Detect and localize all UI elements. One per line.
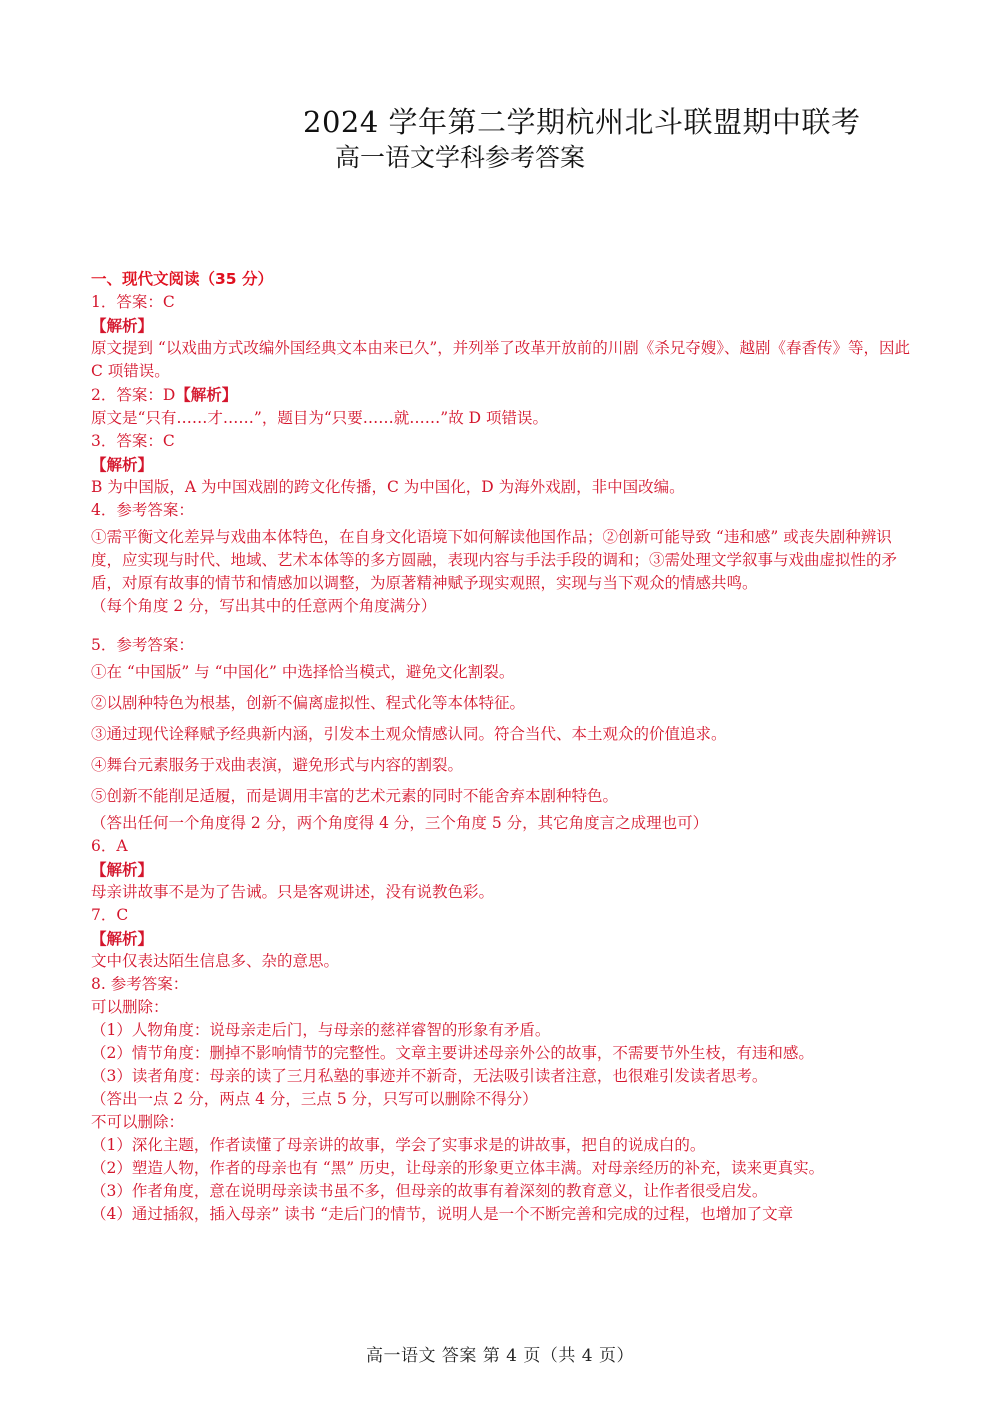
q3-answer: 3．答案：C [91,430,911,453]
section-heading: 一、现代文阅读（35 分） [91,268,911,291]
q8-can-delete-2: （2）情节角度：删掉不影响情节的完整性。文章主要讲述母亲外公的故事，不需要节外生… [91,1042,911,1065]
q7-analysis: 文中仅表达陌生信息多、杂的意思。 [91,950,911,973]
q6-analysis: 母亲讲故事不是为了告诫。只是客观讲述，没有说教色彩。 [91,881,911,904]
q7-analysis-tag: 【解析】 [91,927,911,950]
q2-answer-row: 2．答案：D【解析】 [91,383,911,407]
q8-can-delete-3: （3）读者角度：母亲的读了三月私塾的事迹并不新奇，无法吸引读者注意，也很难引发读… [91,1065,911,1088]
q5-note: （答出任何一个角度得 2 分，两个角度得 4 分，三个角度 5 分，其它角度言之… [91,812,911,835]
q8-cannot-delete-3: （3）作者角度，意在说明母亲读书虽不多，但母亲的故事有着深刻的教育意义，让作者很… [91,1180,911,1203]
q8-cannot-delete-4: （4）通过插叙，插入母亲” 读书 “走后门的情节，说明人是一个不断完善和完成的过… [91,1203,911,1226]
page-footer: 高一语文 答案 第 4 页（共 4 页） [0,1341,1000,1366]
q6-answer: 6．A [91,835,911,858]
document-subtitle: 高一语文学科参考答案 [335,138,585,174]
q4-note: （每个角度 2 分，写出其中的任意两个角度满分） [91,595,911,618]
q5-point-5: ⑤创新不能削足适履，而是调用丰富的艺术元素的同时不能舍弃本剧种特色。 [91,781,911,812]
q8-can-delete-note: （答出一点 2 分，两点 4 分，三点 5 分，只写可以删除不得分） [91,1088,911,1111]
q1-analysis: 原文提到 “以戏曲方式改编外国经典文本由来已久”，并列举了改革开放前的川剧《杀兄… [91,337,911,383]
q1-answer: 1．答案：C [91,291,911,314]
document-title: 2024 学年第二学期杭州北斗联盟期中联考 [303,100,861,141]
q4-answer: 4．参考答案： [91,499,911,522]
q5-answer: 5．参考答案： [91,634,911,657]
q8-can-delete-1: （1）人物角度：说母亲走后门，与母亲的慈祥睿智的形象有矛盾。 [91,1019,911,1042]
q5-point-2: ②以剧种特色为根基，创新不偏离虚拟性、程式化等本体特征。 [91,688,911,719]
q3-analysis-tag: 【解析】 [91,453,911,476]
q8-cannot-delete-1: （1）深化主题，作者读懂了母亲讲的故事，学会了实事求是的讲故事，把自的说成白的。 [91,1134,911,1157]
q8-cannot-delete-2: （2）塑造人物，作者的母亲也有 “黑” 历史，让母亲的形象更立体丰满。对母亲经历… [91,1157,911,1180]
q8-cannot-delete-label: 不可以删除： [91,1111,911,1134]
q8-can-delete-label: 可以删除： [91,996,911,1019]
q1-analysis-tag: 【解析】 [91,314,911,337]
q5-point-3: ③通过现代诠释赋予经典新内涵，引发本土观众情感认同。符合当代、本土观众的价值追求… [91,719,911,750]
q7-answer: 7．C [91,904,911,927]
answer-content: 一、现代文阅读（35 分） 1．答案：C 【解析】 原文提到 “以戏曲方式改编外… [91,268,911,1226]
q2-answer: 2．答案：D [91,386,175,404]
q4-body: ①需平衡文化差异与戏曲本体特色，在自身文化语境下如何解读他国作品；②创新可能导致… [91,526,911,595]
q6-analysis-tag: 【解析】 [91,858,911,881]
q5-point-4: ④舞台元素服务于戏曲表演，避免形式与内容的割裂。 [91,750,911,781]
q8-answer: 8. 参考答案： [91,973,911,996]
q2-analysis-tag: 【解析】 [175,385,237,404]
q5-point-1: ①在 “中国版” 与 “中国化” 中选择恰当模式，避免文化割裂。 [91,657,911,688]
q3-analysis: B 为中国版，A 为中国戏剧的跨文化传播，C 为中国化，D 为海外戏剧，非中国改… [91,476,911,499]
q2-analysis: 原文是“只有……才……”，题目为“只要……就……”故 D 项错误。 [91,407,911,430]
